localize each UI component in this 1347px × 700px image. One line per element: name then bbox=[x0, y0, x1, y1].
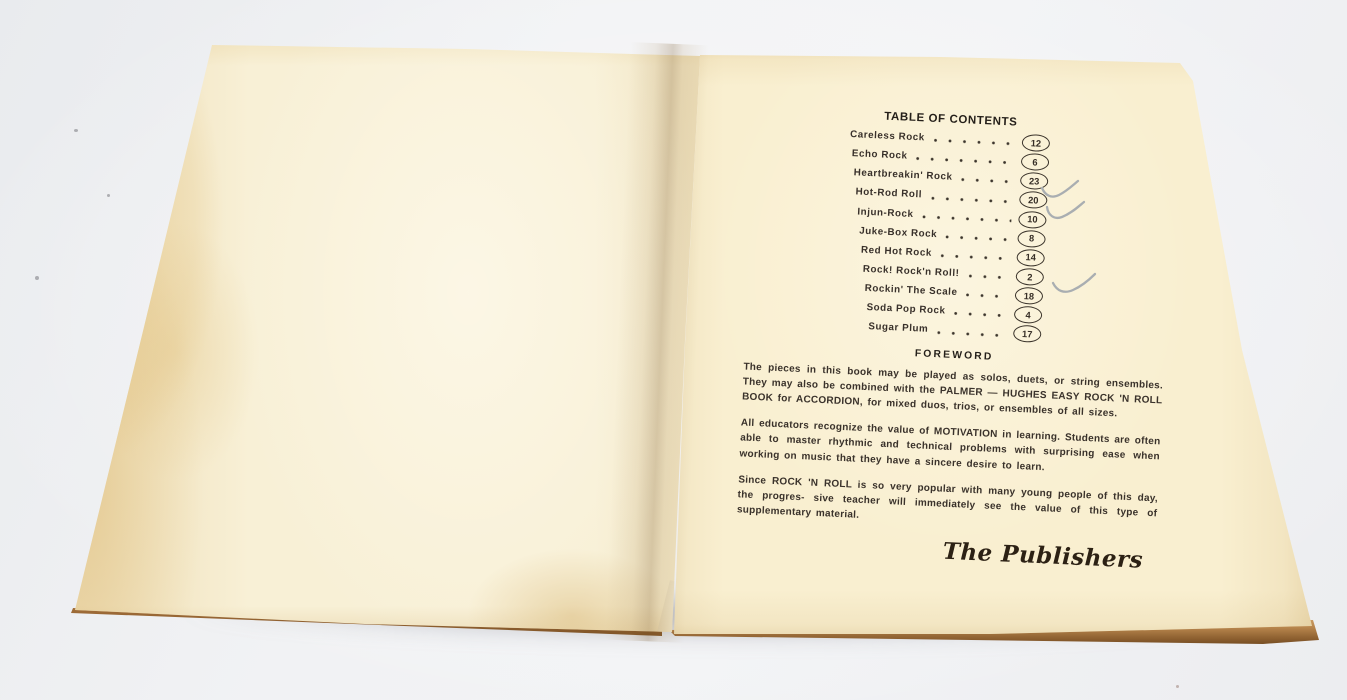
page-number-circle: 14 bbox=[1016, 249, 1045, 267]
dot-leader bbox=[946, 234, 1011, 242]
dot-leader bbox=[933, 138, 1014, 147]
dot-leader bbox=[954, 311, 1007, 318]
table-of-contents: TABLE OF CONTENTS Careless Rock 12 Echo … bbox=[841, 109, 1051, 344]
dot-leader bbox=[941, 253, 1010, 261]
page-number-circle: 4 bbox=[1014, 306, 1043, 324]
right-page-content: TABLE OF CONTENTS Careless Rock 12 Echo … bbox=[719, 90, 1178, 575]
toc-item-title: Red Hot Rock bbox=[861, 245, 932, 259]
page-number-circle: 2 bbox=[1015, 268, 1044, 286]
foreword-paragraph: The pieces in this book may be played as… bbox=[742, 359, 1164, 424]
photo-background: TABLE OF CONTENTS Careless Rock 12 Echo … bbox=[0, 0, 1347, 700]
toc-item-title: Careless Rock bbox=[850, 129, 925, 143]
toc-item-title: Juke-Box Rock bbox=[859, 225, 937, 240]
dust-speck bbox=[35, 276, 39, 280]
toc-list: Careless Rock 12 Echo Rock 6 Heartbreaki… bbox=[841, 125, 1050, 344]
page-number-circle: 18 bbox=[1015, 287, 1044, 305]
toc-item-title: Echo Rock bbox=[852, 148, 908, 162]
dot-leader bbox=[937, 330, 1006, 338]
toc-item-title: Rockin' The Scale bbox=[864, 283, 957, 298]
page-number-circle: 8 bbox=[1017, 230, 1046, 248]
page-number-circle: 12 bbox=[1022, 134, 1051, 152]
toc-item-title: Sugar Plum bbox=[868, 322, 928, 336]
page-number-circle: 6 bbox=[1021, 153, 1050, 171]
toc-item-title: Hot-Rod Roll bbox=[855, 187, 922, 201]
dust-speck bbox=[1176, 685, 1179, 688]
page-number-circle: 17 bbox=[1013, 325, 1042, 343]
dot-leader bbox=[931, 195, 1013, 204]
dot-leader bbox=[968, 274, 1009, 281]
toc-item-title: Injun-Rock bbox=[857, 206, 914, 220]
foreword-paragraph: All educators recognize the value of MOT… bbox=[739, 416, 1161, 481]
right-page: TABLE OF CONTENTS Careless Rock 12 Echo … bbox=[640, 40, 1330, 650]
page-number-circle: 10 bbox=[1018, 210, 1047, 228]
toc-item-title: Rock! Rock'n Roll! bbox=[863, 264, 960, 279]
dot-leader bbox=[961, 178, 1013, 185]
left-blank-page bbox=[65, 40, 715, 640]
dust-speck bbox=[107, 194, 110, 197]
toc-item-title: Soda Pop Rock bbox=[866, 302, 945, 317]
dust-speck bbox=[74, 129, 78, 132]
dot-leader bbox=[922, 214, 1011, 223]
dot-leader bbox=[966, 293, 1008, 300]
dot-leader bbox=[916, 156, 1014, 165]
foreword-paragraph: Since ROCK 'N ROLL is so very popular wi… bbox=[737, 472, 1159, 537]
toc-item-title: Heartbreakin' Rock bbox=[853, 168, 952, 183]
page-number-circle: 23 bbox=[1020, 172, 1049, 190]
publishers-signature: The Publishers bbox=[719, 528, 1144, 574]
page-number-circle: 20 bbox=[1019, 191, 1048, 209]
